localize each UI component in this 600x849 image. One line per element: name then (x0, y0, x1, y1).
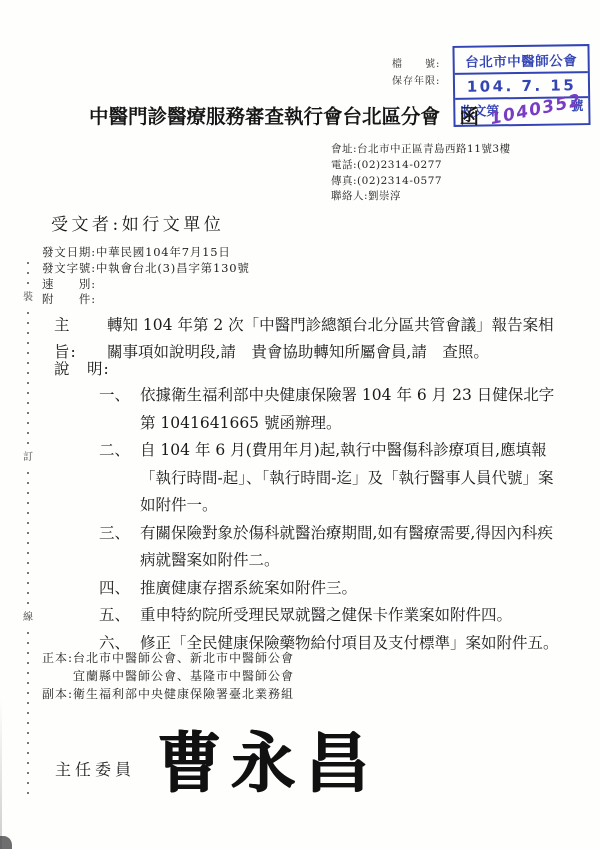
document-page: 裝 訂 線 檔 號: 保存年限: 台北市中醫師公會 104. 7. 15 收文第… (0, 0, 600, 849)
item-text: 重申特約院所受理民眾就醫之健保卡作業案如附件四。 (140, 602, 565, 630)
item-text: 自 104 年 6 月(費用年月)起,執行中醫傷科診療項目,應填報「執行時間-起… (140, 437, 565, 520)
explanation-items: 一、 依據衛生福利部中央健康保險署 104 年 6 月 23 日健保北字第 10… (99, 382, 565, 657)
item-number: 三、 (99, 520, 140, 575)
scan-corner-smudge (0, 836, 12, 849)
original-line-2: 宜蘭縣中醫師公會、基隆市中醫師公會 (73, 669, 294, 683)
explanation-label: 說 明: (54, 357, 110, 379)
issue-number-line: 發文字號:中執會台北(3)昌字第130號 (42, 261, 250, 277)
item-text: 有關保險對象於傷科就醫治療期間,如有醫療需要,得因內科疾病就醫案如附件二。 (140, 520, 565, 575)
issuer-fax: 傳真:(02)2314-0577 (331, 174, 511, 190)
issuer-address: 會址:台北市中正區青島西路11號3樓 (331, 142, 511, 158)
document-title: 中醫門診醫療服務審查執行會台北區分會 函 (0, 101, 584, 129)
issue-date-line: 發文日期:中華民國104年7月15日 (42, 245, 250, 261)
explanation-item-3: 三、 有關保險對象於傷科就醫治療期間,如有醫療需要,得因內科疾病就醫案如附件二。 (99, 520, 565, 575)
binding-mark-zhuang: 裝 (22, 286, 34, 305)
cc-line: 衛生福利部中央健康保險署臺北業務組 (73, 685, 294, 703)
cc-label: 副本: (42, 685, 73, 703)
explanation-item-4: 四、 推廣健康存摺系統案如附件三。 (99, 575, 565, 603)
document-meta-block: 發文日期:中華民國104年7月15日 發文字號:中執會台北(3)昌字第130號 … (42, 245, 250, 308)
item-text: 依據衛生福利部中央健康保險署 104 年 6 月 23 日健保北字第 10416… (140, 382, 565, 437)
item-text: 推廣健康存摺系統案如附件三。 (140, 575, 565, 603)
scan-edge-shadow (0, 699, 2, 849)
subject-section: 主 旨: 轉知 104 年第 2 次「中醫門診總額台北分區共管會議」報告案相關事… (54, 312, 564, 366)
issuer-contact-person: 聯絡人:劉崇淳 (331, 189, 511, 205)
signer-name-calligraphy: 曹永昌 (157, 725, 379, 803)
file-number-label: 檔 號: (392, 56, 440, 73)
retention-label: 保存年限: (392, 73, 440, 90)
distribution-block: 正本: 台北市中醫師公會、新北市中醫師公會 宜蘭縣中醫師公會、基隆市中醫師公會 … (42, 649, 294, 703)
explanation-item-5: 五、 重申特約院所受理民眾就醫之健保卡作業案如附件四。 (99, 602, 565, 630)
item-number: 二、 (99, 437, 140, 520)
item-number: 一、 (99, 382, 140, 437)
binding-mark-ding: 訂 (22, 446, 34, 465)
binding-dotted-line (27, 262, 29, 797)
binding-mark-xian: 線 (22, 606, 34, 625)
cc-recipients: 副本: 衛生福利部中央健康保險署臺北業務組 (42, 685, 294, 703)
original-label: 正本: (42, 649, 73, 685)
item-number: 五、 (99, 602, 140, 630)
binding-line: 裝 訂 線 (21, 262, 35, 797)
original-list: 台北市中醫師公會、新北市中醫師公會 宜蘭縣中醫師公會、基隆市中醫師公會 (73, 649, 294, 685)
issuer-phone: 電話:(02)2314-0277 (331, 158, 511, 174)
signature-block: 主任委員 曹永昌 (55, 726, 379, 803)
signer-title: 主任委員 (55, 757, 135, 780)
issuer-contact-block: 會址:台北市中正區青島西路11號3樓 電話:(02)2314-0277 傳真:(… (331, 142, 511, 205)
item-number: 四、 (99, 575, 140, 603)
original-line-1: 台北市中醫師公會、新北市中醫師公會 (73, 651, 294, 665)
explanation-item-1: 一、 依據衛生福利部中央健康保險署 104 年 6 月 23 日健保北字第 10… (99, 382, 565, 437)
subject-text: 轉知 104 年第 2 次「中醫門診總額台北分區共管會議」報告案相關事項如說明段… (107, 312, 562, 366)
priority-line: 速 別: (42, 277, 250, 293)
recipient-line: 受文者:如行文單位 (51, 210, 224, 235)
file-labels: 檔 號: 保存年限: (392, 56, 440, 90)
explanation-item-2: 二、 自 104 年 6 月(費用年月)起,執行中醫傷科診療項目,應填報「執行時… (99, 437, 565, 520)
attachment-line: 附 件: (42, 292, 250, 308)
original-recipients: 正本: 台北市中醫師公會、新北市中醫師公會 宜蘭縣中醫師公會、基隆市中醫師公會 (42, 649, 294, 685)
stamp-org-name: 台北市中醫師公會 (454, 46, 587, 75)
